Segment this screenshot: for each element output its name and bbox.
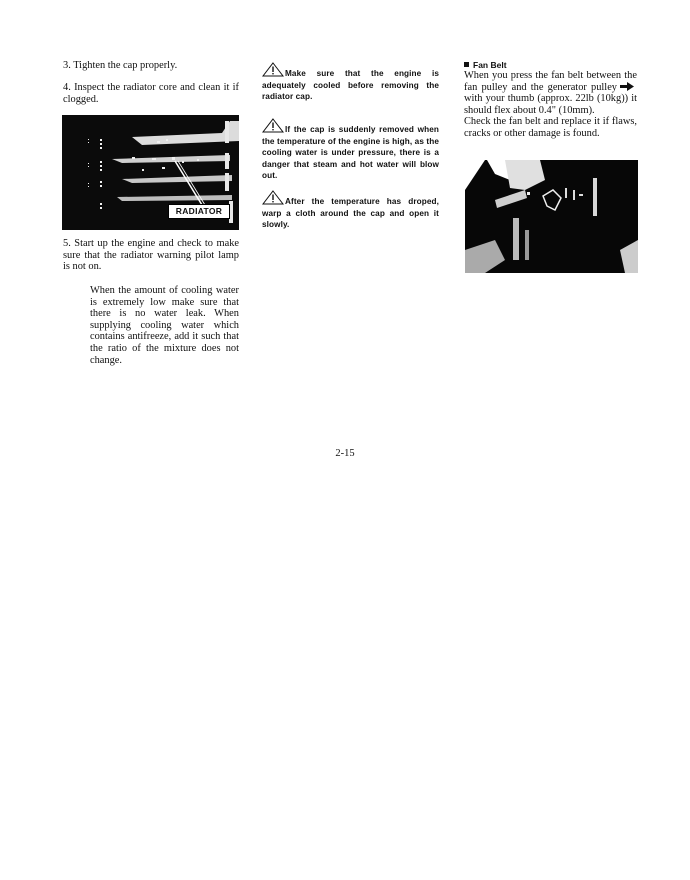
square-bullet-icon [464, 62, 469, 67]
fan-belt-title: Fan Belt [473, 60, 507, 70]
warning-3-text: After the temperature has droped, warp a… [262, 197, 439, 229]
fan-belt-check-text: Check the fan belt and replace it if fla… [464, 116, 637, 139]
fan-belt-text-part1: When you press the fan belt between the … [464, 70, 637, 93]
warning-2-text: If the cap is suddenly removed when the … [262, 125, 439, 180]
fan-belt-heading: Fan Belt [464, 60, 637, 70]
fan-belt-text-part2: with your thumb (approx. 22lb (10kg)) it… [464, 93, 637, 116]
radiator-label: RADIATOR [168, 204, 230, 219]
radiator-photo: RADIATOR [62, 115, 239, 230]
warning-1: Make sure that the engine is adequately … [262, 62, 439, 103]
fan-belt-instructions: When you press the fan belt between the … [464, 70, 637, 116]
fan-belt-photo [465, 160, 638, 273]
step-5-text: 5. Start up the engine and check to make… [63, 238, 239, 273]
warning-triangle-icon [262, 190, 284, 205]
warning-2: If the cap is suddenly removed when the … [262, 118, 439, 182]
step-4-text: 4. Inspect the radiator core and clean i… [63, 82, 239, 105]
fan-belt-section: Fan Belt When you press the fan belt bet… [464, 60, 637, 140]
warning-3: After the temperature has droped, warp a… [262, 190, 439, 231]
right-arrow-icon [620, 82, 634, 91]
cooling-water-note: When the amount of cooling water is extr… [90, 285, 239, 366]
warning-triangle-icon [262, 62, 284, 77]
warning-1-text: Make sure that the engine is adequately … [262, 69, 439, 101]
step-3-text: 3. Tighten the cap properly. [63, 60, 241, 72]
warning-triangle-icon [262, 118, 284, 133]
page-number: 2-15 [0, 448, 690, 459]
fan-belt-photo-graphic [465, 160, 638, 273]
